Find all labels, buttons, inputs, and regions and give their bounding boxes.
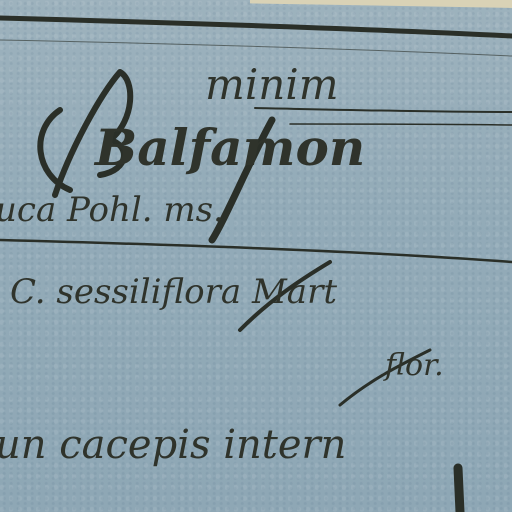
thick-rule-line: [0, 18, 512, 36]
text-species: C. sessiliflora Mart: [10, 272, 337, 312]
herbarium-label-photo: minim Balfamon uca Pohl. ms. C. sessilif…: [0, 0, 512, 512]
text-author: uca Pohl. ms.: [0, 190, 224, 230]
text-flor: flor.: [385, 348, 444, 383]
text-minim: minim: [205, 60, 339, 109]
ink-blot: [458, 468, 460, 512]
text-bottom-line: un cacepis intern: [0, 422, 346, 468]
rule-line-middle: [0, 240, 512, 262]
thin-rule-line: [0, 40, 512, 56]
text-genus: Balfamon: [95, 118, 365, 177]
